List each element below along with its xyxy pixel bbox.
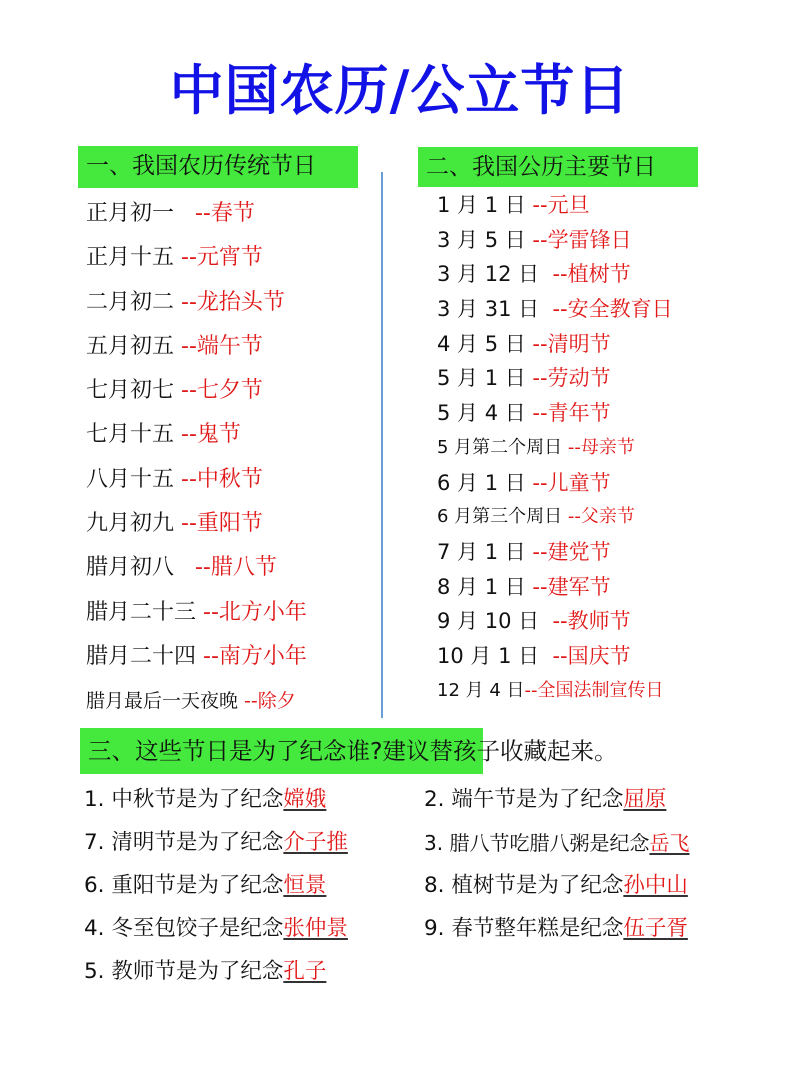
question-text: 9. 春节整年糕是纪念 bbox=[424, 916, 623, 941]
gregorian-date: 9 月 10 日 bbox=[437, 609, 539, 633]
separator: -- bbox=[174, 290, 197, 315]
list-item: 七月初七 --七夕节 bbox=[86, 371, 307, 415]
separator: -- bbox=[562, 437, 581, 458]
list-item: 7. 清明节是为了纪念介子推 bbox=[84, 825, 348, 868]
question-text: 2. 端午节是为了纪念 bbox=[424, 787, 623, 812]
festival-name: 南方小年 bbox=[219, 644, 307, 669]
question-text: 1. 中秋节是为了纪念 bbox=[84, 787, 283, 812]
page-title: 中国农历/公立节日 bbox=[0, 58, 800, 124]
person-name: 介子推 bbox=[283, 830, 348, 855]
list-item: 八月十五 --中秋节 bbox=[86, 460, 307, 504]
festival-name: 儿童节 bbox=[548, 471, 611, 495]
lunar-date: 腊月初八 bbox=[86, 555, 174, 580]
commemoration-list-right: 2. 端午节是为了纪念屈原 3. 腊八节吃腊八粥是纪念岳飞 8. 植树节是为了纪… bbox=[424, 782, 689, 954]
list-item: 5 月 4 日 --青年节 bbox=[437, 396, 673, 431]
lunar-date: 五月初五 bbox=[86, 334, 174, 359]
festival-name: 元宵节 bbox=[197, 245, 263, 270]
list-item: 4. 冬至包饺子是纪念张仲景 bbox=[84, 911, 348, 954]
lunar-date: 七月十五 bbox=[86, 422, 174, 447]
lunar-date: 七月初七 bbox=[86, 378, 174, 403]
separator: -- bbox=[174, 555, 211, 580]
festival-name: 劳动节 bbox=[548, 366, 611, 390]
separator: -- bbox=[174, 201, 211, 226]
lunar-date: 二月初二 bbox=[86, 290, 174, 315]
list-item: 1 月 1 日 --元旦 bbox=[437, 188, 673, 223]
gregorian-date: 6 月第三个周日 bbox=[437, 506, 562, 527]
list-item: 3 月 31 日 --安全教育日 bbox=[437, 292, 673, 327]
festival-name: 七夕节 bbox=[197, 378, 263, 403]
festival-name: 安全教育日 bbox=[568, 297, 673, 321]
list-item: 3 月 12 日 --植树节 bbox=[437, 257, 673, 292]
list-item: 3 月 5 日 --学雷锋日 bbox=[437, 223, 673, 258]
list-item: 五月初五 --端午节 bbox=[86, 327, 307, 371]
gregorian-date: 6 月 1 日 bbox=[437, 471, 526, 495]
separator: -- bbox=[562, 506, 581, 527]
lunar-date: 八月十五 bbox=[86, 467, 174, 492]
festival-name: 重阳节 bbox=[197, 511, 263, 536]
list-item: 8 月 1 日 --建军节 bbox=[437, 570, 673, 605]
question-text: 3. 腊八节吃腊八粥是纪念 bbox=[424, 831, 649, 855]
list-item: 腊月二十四 --南方小年 bbox=[86, 637, 307, 681]
festival-name: 建军节 bbox=[548, 575, 611, 599]
festival-name: 龙抬头节 bbox=[197, 290, 285, 315]
person-name: 孙中山 bbox=[623, 873, 688, 898]
separator: -- bbox=[174, 245, 197, 270]
list-item: 腊月初八 --腊八节 bbox=[86, 548, 307, 592]
festival-name: 北方小年 bbox=[219, 600, 307, 625]
list-item: 七月十五 --鬼节 bbox=[86, 415, 307, 459]
separator: -- bbox=[174, 422, 197, 447]
gregorian-date: 5 月 1 日 bbox=[437, 366, 526, 390]
lunar-date: 正月十五 bbox=[86, 245, 174, 270]
section-header-lunar: 一、我国农历传统节日 bbox=[78, 146, 358, 188]
festival-name: 教师节 bbox=[568, 609, 631, 633]
separator: -- bbox=[539, 262, 568, 286]
section-header-gregorian: 二、我国公历主要节日 bbox=[418, 147, 698, 187]
list-item: 6 月 1 日 --儿童节 bbox=[437, 466, 673, 501]
person-name: 伍子胥 bbox=[623, 916, 688, 941]
question-text: 8. 植树节是为了纪念 bbox=[424, 873, 623, 898]
separator: -- bbox=[526, 193, 548, 217]
festival-name: 除夕 bbox=[258, 690, 296, 712]
list-item: 10 月 1 日 --国庆节 bbox=[437, 639, 673, 674]
separator: -- bbox=[238, 690, 258, 712]
gregorian-date: 3 月 12 日 bbox=[437, 262, 539, 286]
list-item: 2. 端午节是为了纪念屈原 bbox=[424, 782, 689, 825]
separator: -- bbox=[526, 228, 548, 252]
festival-name: 学雷锋日 bbox=[548, 228, 632, 252]
list-item: 4 月 5 日 --清明节 bbox=[437, 327, 673, 362]
festival-name: 植树节 bbox=[568, 262, 631, 286]
list-item: 8. 植树节是为了纪念孙中山 bbox=[424, 868, 689, 911]
list-item: 腊月最后一天夜晚 --除夕 bbox=[86, 681, 307, 725]
list-item: 9. 春节整年糕是纪念伍子胥 bbox=[424, 911, 689, 954]
section-header-commemoration: 三、这些节日是为了纪念谁?建议替孩子收藏起来。 bbox=[80, 728, 483, 774]
gregorian-festival-list: 1 月 1 日 --元旦 3 月 5 日 --学雷锋日 3 月 12 日 --植… bbox=[437, 188, 673, 708]
gregorian-date: 1 月 1 日 bbox=[437, 193, 526, 217]
list-item: 正月初一 --春节 bbox=[86, 194, 307, 238]
separator: -- bbox=[174, 378, 197, 403]
list-item: 5 月第二个周日 --母亲节 bbox=[437, 431, 673, 466]
separator: -- bbox=[174, 334, 197, 359]
question-text: 4. 冬至包饺子是纪念 bbox=[84, 916, 283, 941]
festival-name: 腊八节 bbox=[211, 555, 277, 580]
list-item: 3. 腊八节吃腊八粥是纪念岳飞 bbox=[424, 825, 689, 868]
gregorian-date: 12 月 4 日 bbox=[437, 680, 525, 701]
question-text: 6. 重阳节是为了纪念 bbox=[84, 873, 283, 898]
list-item: 7 月 1 日 --建党节 bbox=[437, 535, 673, 570]
separator: -- bbox=[526, 366, 548, 390]
lunar-date: 腊月二十三 bbox=[86, 600, 196, 625]
person-name: 恒景 bbox=[283, 873, 326, 898]
list-item: 5. 教师节是为了纪念孔子 bbox=[84, 954, 348, 997]
lunar-date: 正月初一 bbox=[86, 201, 174, 226]
gregorian-date: 8 月 1 日 bbox=[437, 575, 526, 599]
list-item: 正月十五 --元宵节 bbox=[86, 238, 307, 282]
person-name: 屈原 bbox=[623, 787, 666, 812]
separator: -- bbox=[526, 471, 548, 495]
person-name: 岳飞 bbox=[649, 831, 689, 855]
list-item: 6. 重阳节是为了纪念恒景 bbox=[84, 868, 348, 911]
commemoration-list-left: 1. 中秋节是为了纪念嫦娥 7. 清明节是为了纪念介子推 6. 重阳节是为了纪念… bbox=[84, 782, 348, 997]
separator: -- bbox=[526, 540, 548, 564]
gregorian-date: 5 月 4 日 bbox=[437, 401, 526, 425]
festival-name: 端午节 bbox=[197, 334, 263, 359]
separator: -- bbox=[526, 332, 548, 356]
festival-name: 清明节 bbox=[548, 332, 611, 356]
list-item: 12 月 4 日--全国法制宣传日 bbox=[437, 674, 673, 709]
separator: -- bbox=[174, 467, 197, 492]
list-item: 腊月二十三 --北方小年 bbox=[86, 593, 307, 637]
separator: -- bbox=[539, 609, 568, 633]
festival-name: 青年节 bbox=[548, 401, 611, 425]
question-text: 7. 清明节是为了纪念 bbox=[84, 830, 283, 855]
person-name: 张仲景 bbox=[283, 916, 348, 941]
lunar-date: 九月初九 bbox=[86, 511, 174, 536]
separator: -- bbox=[196, 600, 219, 625]
festival-name: 父亲节 bbox=[581, 506, 635, 527]
list-item: 二月初二 --龙抬头节 bbox=[86, 283, 307, 327]
gregorian-date: 4 月 5 日 bbox=[437, 332, 526, 356]
festival-name: 建党节 bbox=[548, 540, 611, 564]
gregorian-date: 7 月 1 日 bbox=[437, 540, 526, 564]
festival-name: 元旦 bbox=[548, 193, 590, 217]
list-item: 5 月 1 日 --劳动节 bbox=[437, 361, 673, 396]
column-divider bbox=[381, 172, 383, 718]
festival-name: 鬼节 bbox=[197, 422, 241, 447]
separator: -- bbox=[196, 644, 219, 669]
person-name: 嫦娥 bbox=[283, 787, 326, 812]
list-item: 1. 中秋节是为了纪念嫦娥 bbox=[84, 782, 348, 825]
festival-name: 母亲节 bbox=[581, 437, 635, 458]
gregorian-date: 10 月 1 日 bbox=[437, 644, 539, 668]
lunar-date: 腊月二十四 bbox=[86, 644, 196, 669]
lunar-festival-list: 正月初一 --春节 正月十五 --元宵节 二月初二 --龙抬头节 五月初五 --… bbox=[86, 194, 307, 726]
list-item: 9 月 10 日 --教师节 bbox=[437, 604, 673, 639]
festival-name: 国庆节 bbox=[568, 644, 631, 668]
separator: -- bbox=[539, 644, 568, 668]
lunar-date: 腊月最后一天夜晚 bbox=[86, 690, 238, 712]
list-item: 九月初九 --重阳节 bbox=[86, 504, 307, 548]
question-text: 5. 教师节是为了纪念 bbox=[84, 959, 283, 984]
list-item: 6 月第三个周日 --父亲节 bbox=[437, 500, 673, 535]
separator: -- bbox=[526, 575, 548, 599]
person-name: 孔子 bbox=[283, 959, 326, 984]
separator: -- bbox=[539, 297, 568, 321]
separator: -- bbox=[174, 511, 197, 536]
gregorian-date: 3 月 5 日 bbox=[437, 228, 526, 252]
festival-name: 中秋节 bbox=[197, 467, 263, 492]
gregorian-date: 3 月 31 日 bbox=[437, 297, 539, 321]
festival-name: 春节 bbox=[211, 201, 255, 226]
festival-name: 全国法制宣传日 bbox=[538, 680, 664, 701]
gregorian-date: 5 月第二个周日 bbox=[437, 437, 562, 458]
separator: -- bbox=[526, 401, 548, 425]
separator: -- bbox=[525, 680, 538, 701]
